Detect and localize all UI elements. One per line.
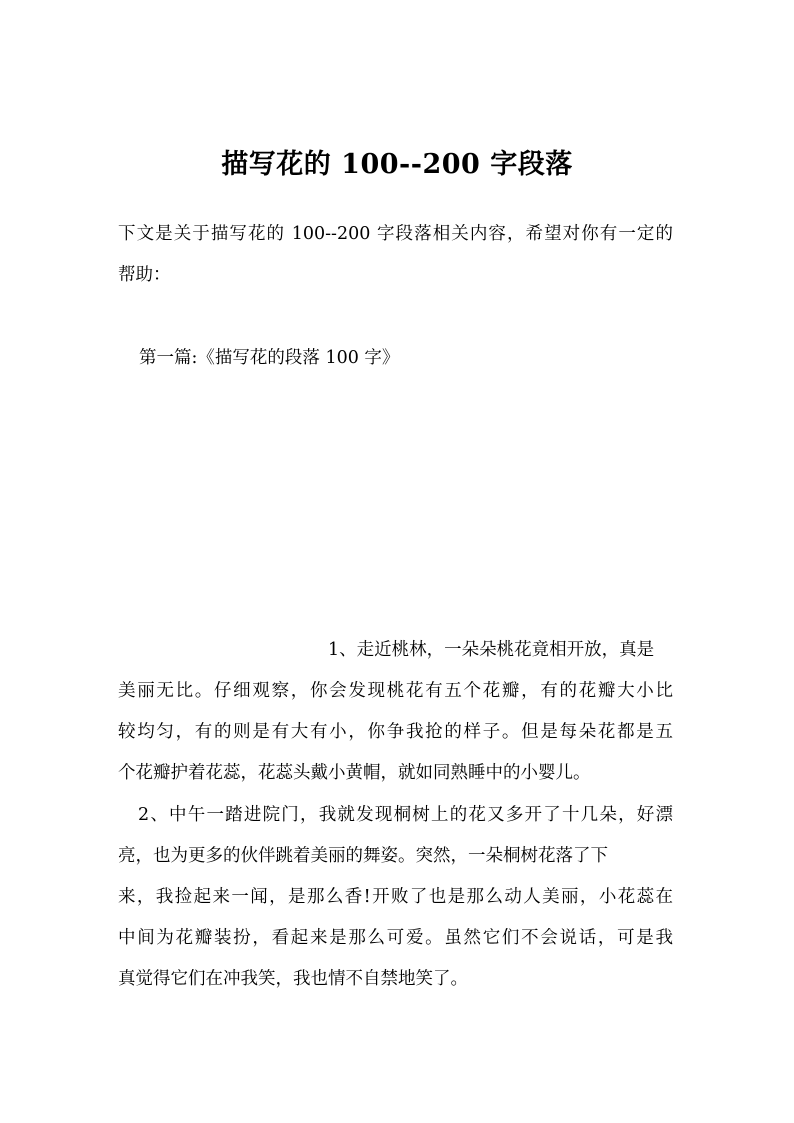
paragraph-line: 真觉得它们在冲我笑，我也情不自禁地笑了。	[118, 967, 468, 991]
intro-line: 下文是关于描写花的 100--200 字段落相关内容，希望对你有一定的	[118, 222, 673, 246]
intro-line: 帮助：	[118, 263, 171, 287]
paragraph-line: 亮，也为更多的伙伴跳着美丽的舞姿。突然，一朵桐树花落了下	[118, 844, 608, 868]
paragraph-line: 较均匀，有的则是有大有小，你争我抢的样子。但是每朵花都是五	[118, 720, 673, 744]
paragraph-line: 美丽无比。仔细观察，你会发现桃花有五个花瓣，有的花瓣大小比	[118, 679, 673, 703]
paragraph-line: 中间为花瓣装扮，看起来是那么可爱。虽然它们不会说话，可是我	[118, 926, 673, 950]
paragraph-line: 来，我捡起来一闻，是那么香!开败了也是那么动人美丽，小花蕊在	[118, 885, 673, 909]
paragraph-line: 1、走近桃林，一朵朵桃花竟相开放，真是	[328, 638, 654, 662]
paragraph-line: 2、中午一踏进院门，我就发现桐树上的花又多开了十几朵，好漂	[138, 803, 673, 827]
document-title: 描写花的 100--200 字段落	[0, 145, 794, 185]
section-heading: 第一篇:《描写花的段落 100 字》	[139, 346, 399, 370]
paragraph-line: 个花瓣护着花蕊，花蕊头戴小黄帽，就如同熟睡中的小婴儿。	[118, 761, 591, 785]
